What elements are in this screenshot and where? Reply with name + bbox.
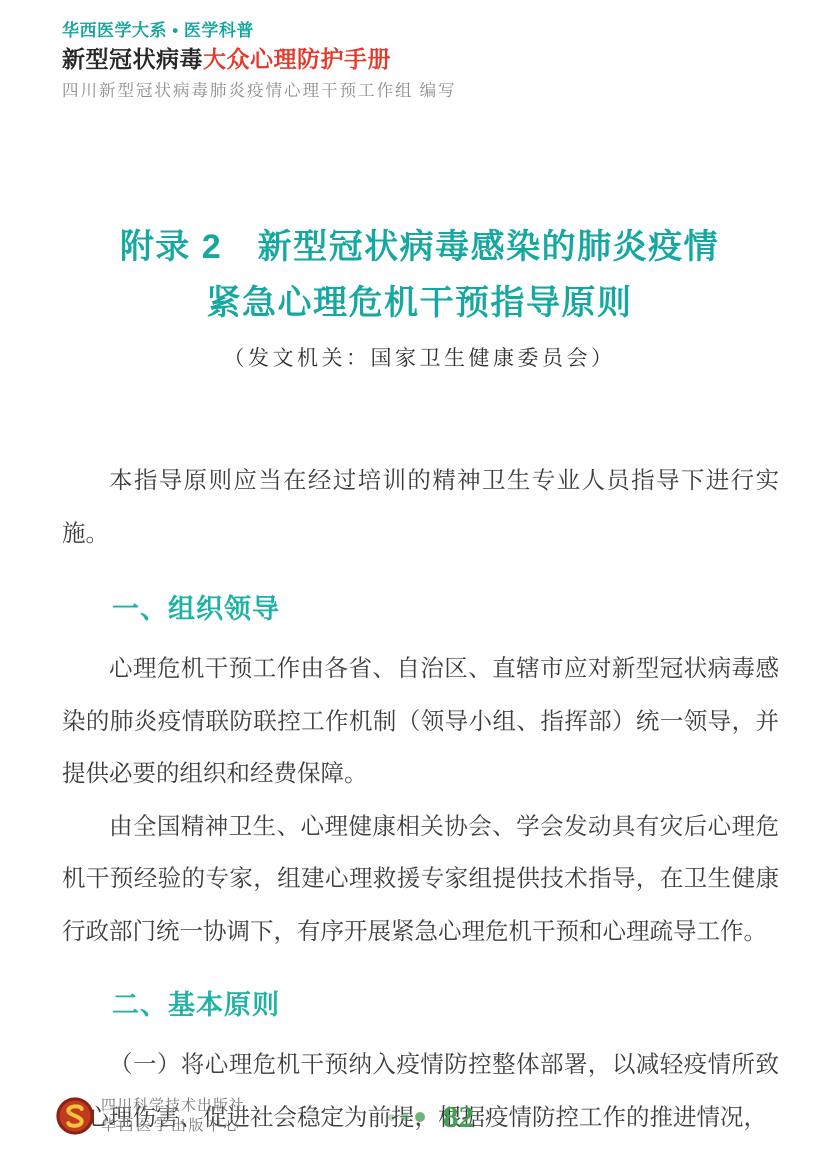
publisher-seal-icon: [56, 1097, 94, 1135]
appendix-title-line1: 附录 2 新型冠状病毒感染的肺炎疫情: [0, 219, 839, 275]
section-heading-1: 一、组织领导: [112, 592, 779, 626]
ellipsis-dots-icon: [388, 1112, 431, 1122]
section1-paragraph-2: 由全国精神卫生、心理健康相关协会、学会发动具有灾后心理危机干预经验的专家，组建心…: [62, 801, 779, 959]
issuing-authority: （发文机关：国家卫生健康委员会）: [0, 343, 839, 373]
appendix-title-line2: 紧急心理危机干预指导原则: [0, 275, 839, 331]
section-heading-2: 二、基本原则: [112, 988, 779, 1022]
book-title: 新型冠状病毒大众心理防护手册: [62, 45, 457, 73]
publisher-block: 四川科学技术出版社 华西医学出版中心: [56, 1096, 245, 1136]
book-title-prefix: 新型冠状病毒: [62, 46, 203, 72]
page-number-group: 82: [388, 1098, 474, 1136]
page-number: 82: [443, 1098, 474, 1136]
appendix-title-block: 附录 2 新型冠状病毒感染的肺炎疫情 紧急心理危机干预指导原则 （发文机关：国家…: [0, 219, 839, 373]
book-page: 华西医学大系 • 医学科普 新型冠状病毒大众心理防护手册 四川新型冠状病毒肺炎疫…: [0, 0, 839, 1162]
book-title-suffix: 大众心理防护手册: [203, 46, 391, 72]
editor-credit: 四川新型冠状病毒肺炎疫情心理干预工作组 编写: [62, 80, 457, 101]
section1-paragraph-1: 心理危机干预工作由各省、自治区、直辖市应对新型冠状病毒感染的肺炎疫情联防联控工作…: [62, 643, 779, 801]
publisher-line1: 四川科学技术出版社: [101, 1096, 245, 1116]
publisher-name: 四川科学技术出版社 华西医学出版中心: [101, 1096, 245, 1136]
running-head: 华西医学大系 • 医学科普 新型冠状病毒大众心理防护手册 四川新型冠状病毒肺炎疫…: [62, 20, 457, 101]
body-content: 本指导原则应当在经过培训的精神卫生专业人员指导下进行实施。 一、组织领导 心理危…: [62, 455, 779, 1144]
intro-paragraph: 本指导原则应当在经过培训的精神卫生专业人员指导下进行实施。: [62, 455, 779, 560]
publisher-line2: 华西医学出版中心: [101, 1116, 245, 1136]
series-title: 华西医学大系 • 医学科普: [62, 20, 457, 42]
